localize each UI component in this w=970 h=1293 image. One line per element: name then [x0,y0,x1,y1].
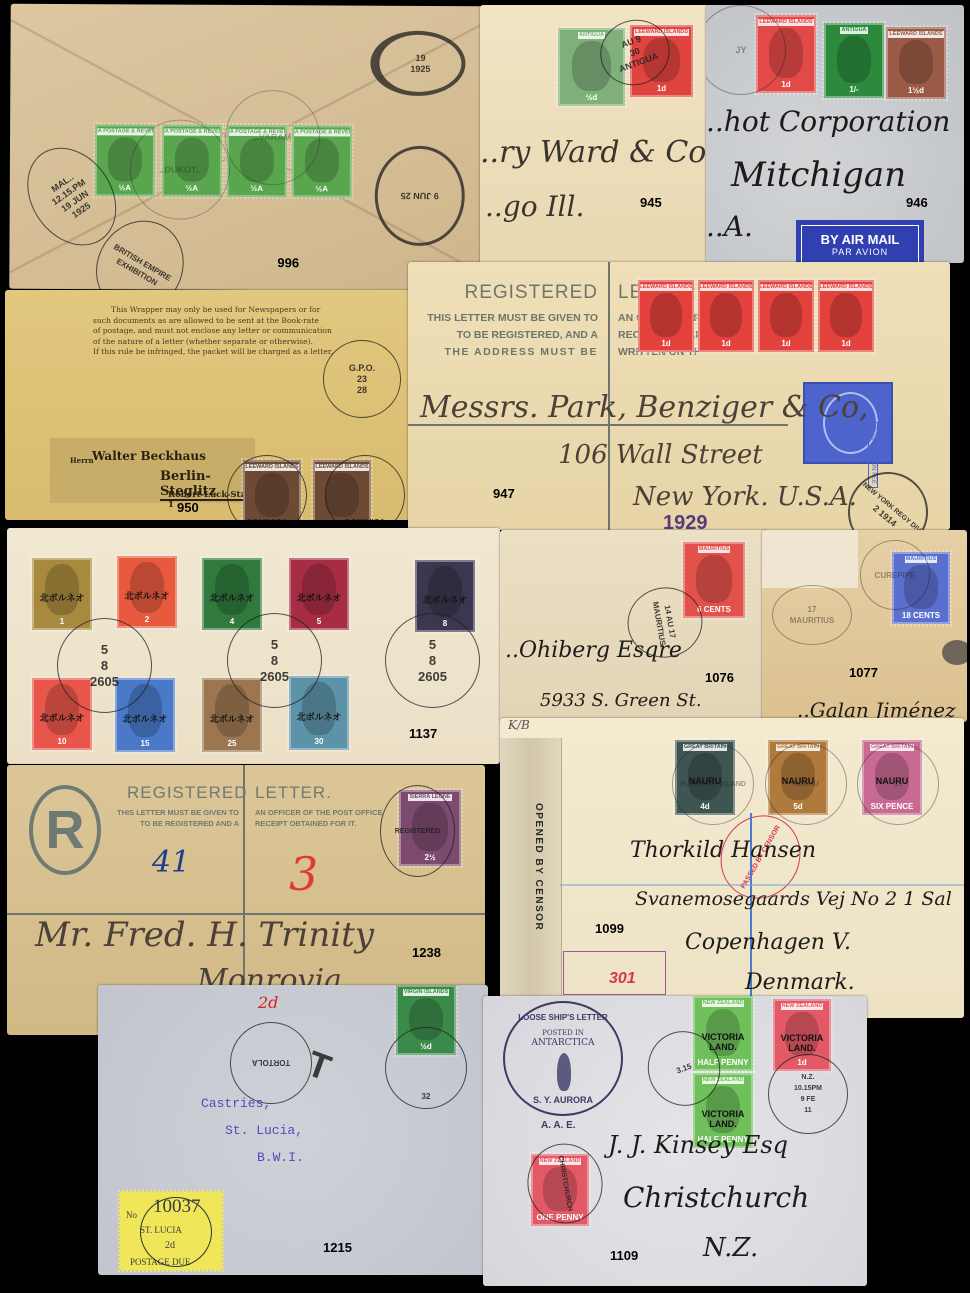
lot-number: 950 [177,500,199,515]
penguin-icon [557,1053,571,1091]
stamp-overprint: 北ボルネオ [119,591,175,601]
cover-1137: 1北ボルネオ2北ボルネオ4北ボルネオ5北ボルネオ8北ボルネオ10北ボルネオ15北… [7,528,500,764]
stamp-value: 10 [58,737,67,746]
stamp-overprint: 北ボルネオ [34,713,90,723]
cover-1215: 2d TORTOLA T VIRGIN ISLANDS½d 32 Castrie… [98,985,488,1275]
lot-number: 1099 [595,921,624,936]
stamp-value: 1d [841,339,850,348]
typed-address: Castries, St. Lucia, B.W.I. [201,1090,304,1171]
postage-due-label: 10037 No ST. LUCIA 2d POSTAGE DUE [120,1192,222,1270]
airmail-line2: PAR AVION [832,247,888,257]
postmark-brit-antarctic: N.Z.10.15PM9 FE11 [768,1054,848,1134]
cover-1076: MAURITIUS6 CENTS 14 AU 17MAURITIUS ..Ohi… [500,530,768,722]
address-line: New York. U.S.A. [633,482,857,512]
wrapper-notice: This Wrapper may only be used for Newspa… [93,305,338,358]
form-left-text: THIS LETTER MUST BE GIVEN TO TO BE REGIS… [117,807,239,829]
cover-950: This Wrapper may only be used for Newspa… [5,290,410,520]
stamp-overprint: 北ボルネオ [204,714,260,724]
stamp-country: ANTIGUA [840,27,867,34]
registration-label: 301 [563,951,666,995]
lot-number: 996 [277,255,299,270]
registration-line [560,884,964,886]
lot-number: 947 [493,486,515,501]
postmark-nauru: PLEASANT ISLAND [672,743,754,825]
stamp: LEEWARD ISLANDS1d [638,280,694,352]
king-portrait-icon [770,293,802,337]
address-line: Denmark. [745,970,855,995]
lot-number: 1137 [409,726,437,741]
address-line: ..ry Ward & Co [480,135,706,170]
postmark-jun25: 9 JUN 25 [374,146,465,246]
postmark-roadtown: 32 [385,1027,467,1109]
airmail-line1: BY AIR MAIL [821,232,900,247]
form-title-left: REGISTERED [127,783,248,803]
stamp-overprint: 北ボルネオ [117,714,173,724]
stamp: LEEWARD ISLANDS1½d [886,27,946,99]
postmark-curepipe: 17MAURITIUS [772,585,852,645]
stamp-value: ½A [251,184,264,193]
king-portrait-icon [696,555,732,603]
address-line: 5933 S. Green St. [540,690,702,711]
postmark-registered: REGISTERED [380,785,455,877]
lot-number: 945 [640,195,662,210]
king-portrait-icon [215,564,250,615]
form-title-right: LETTER. [255,783,332,803]
postmark-nauru: 15 [857,743,939,825]
postmark-kuching: 582605 [227,613,322,708]
stamp-value: 1/- [849,85,858,94]
stamp-value: 30 [315,737,324,746]
king-portrait-icon [837,36,872,83]
king-portrait-icon [428,566,463,617]
king-portrait-icon [45,564,80,615]
stamp-overprint: 北ボルネオ [417,595,473,605]
red-mark: 2d [258,993,278,1012]
censor-label: OPENED BY CENSOR [500,738,562,998]
window-patch [762,530,858,588]
cover-946: LEEWARD ISLANDS1dANTIGUA1/-LEEWARD ISLAN… [706,5,964,263]
blue-number: 41 [152,845,190,880]
stamp-country: LEEWARD ISLANDS [888,31,943,38]
stamp: 2北ボルネオ [117,556,177,628]
lot-number: 1238 [412,945,441,960]
king-portrait-icon [899,40,934,84]
address-label: Herrn Walter Beckhaus Berlin-Steglitz Ro… [50,438,255,503]
lot-number: 1109 [610,1248,638,1263]
address-line: Messrs. Park, Benziger & Co, [420,390,869,425]
address-line: Copenhagen V. [685,930,851,955]
stamp-value: ½A [316,184,329,193]
cover-996: INDIA POSTAGE & REVENUE½AINDIA POSTAGE &… [9,4,485,291]
king-portrait-icon [710,293,742,337]
stamp-value: 5 [317,617,321,626]
stamp-country: NEW ZEALAND [781,1003,824,1010]
stamp-value: 25 [228,739,237,748]
stamp-overprint: 北ボルネオ [291,593,347,603]
stamp-overprint: 北ボルネオ [291,712,347,722]
stamp-country: NEW ZEALAND [702,1000,745,1007]
stamp-value: ½A [119,183,132,192]
stamp-value: ½d [586,93,598,102]
airmail-label: BY AIR MAIL PAR AVION [796,220,924,263]
stamp-value: 1d [721,339,730,348]
postmark-dominica: G.P.O.2328 [323,340,401,418]
stamp: LEEWARD ISLANDS1d [758,280,814,352]
postmark-nauru: NAURU [765,743,847,825]
stamp-value: 1d [781,80,790,89]
king-portrait-icon [650,293,682,337]
stamp-country: VIRGIN ISLANDS [403,989,450,996]
stamp-value: 6 CENTS [697,605,731,614]
stamp-value: 1d [781,339,790,348]
cover-945: ANTIGUA½dLEEWARD ISLANDS1d AU 930ANTIGUA… [480,5,710,265]
stamp: LEEWARD ISLANDS1d [818,280,874,352]
registered-r-mark: R [29,785,101,875]
stamp-country: LEEWARD ISLANDS [698,284,753,291]
form-left-text: THIS LETTER MUST BE GIVEN TO TO BE REGIS… [427,310,598,361]
address-line: ..A. [706,210,753,243]
address-line: N.Z. [703,1233,758,1263]
cachet-footer: A. A. E. [541,1120,576,1131]
ships-letter-cachet: LOOSE SHIP'S LETTER POSTED IN ANTARCTICA… [503,1001,623,1116]
cover-1099: OPENED BY CENSOR K/B GREAT BRITAIN4dNAUR… [500,718,964,1018]
stamp-value: 2 [145,615,149,624]
stamp-overprint: 北ボルネオ [204,593,260,603]
stamp: LEEWARD ISLANDS1d [698,280,754,352]
stamp-value: 1d [661,339,670,348]
stamp-value: 1d [657,84,666,93]
postmark-curepipe: CUREPIPE [860,540,930,610]
stamp-value: 15 [141,739,150,748]
address-line: ..Ohiberg Esqre [505,638,682,663]
address-line: Mitchigan [731,155,906,195]
postmark-dukot: ..DUKOT.. [130,119,231,220]
address-line: Thorkild Hansen [630,838,816,863]
lot-number: 1077 [849,665,878,680]
stamp-value: 4 [230,617,234,626]
address-line: Mr. Fred. H. Trinity [35,915,374,955]
stamp-value: 1 [60,617,64,626]
stamp: ANTIGUA1/- [824,23,884,98]
cover-1077: MAURITIUS18 CENTS 17MAURITIUS CUREPIPE 1… [762,530,967,722]
lot-number: 1215 [323,1240,352,1255]
year-mark: 1929 [663,512,708,530]
cover-1109: LOOSE SHIP'S LETTER POSTED IN ANTARCTICA… [483,996,867,1286]
postmark-1925: 191925 [370,31,465,96]
stain [942,640,967,665]
address-line: ..hot Corporation [706,105,950,138]
stamp-value: 18 CENTS [902,611,940,620]
postmark-dominica: DOMINICA [325,455,405,520]
stamp-overprint: VICTORIA LAND. [775,1033,829,1053]
stamp: 1北ボルネオ [32,558,92,630]
king-portrait-icon [130,562,165,613]
stamp-country: LEEWARD ISLANDS [638,284,693,291]
address-line: ..go Ill. [485,190,584,223]
postmark [140,1197,212,1267]
address-line: Christchurch [623,1181,809,1214]
stamp-country: ANTIGUA [578,32,605,39]
red-number: 3 [289,847,318,901]
king-portrait-icon [830,293,862,337]
stamp-country: LEEWARD ISLANDS [818,284,873,291]
address-line: Svanemosegaards Vej No 2 1 Sal [635,888,952,910]
postmark-kuching: 582605 [57,618,152,713]
cover-947: REGISTERED LETTER. THIS LETTER MUST BE G… [408,262,950,530]
pencil-note: K/B [508,718,530,732]
stamp-overprint: 北ボルネオ [34,593,90,603]
address-line: J. J. Kinsey Esq [608,1131,788,1159]
lot-number: 946 [906,195,928,210]
address-line: 106 Wall Street [558,440,763,470]
stamp-country: MAURITIUS [698,546,731,553]
stamp-country: LEEWARD ISLANDS [758,284,813,291]
stamp-overprint: VICTORIA LAND. [695,1109,751,1129]
form-title-left: REGISTERED [464,282,598,304]
lot-number: 1076 [705,670,734,685]
postmark-varam: ..VARAM [225,90,320,185]
form-right-text: AN OFFICER OF THE POST OFFICE RECEIPT OB… [255,807,383,829]
king-portrait-icon [302,564,337,615]
stamp-value: 1½d [908,86,924,95]
postmark-kuching: 582605 [385,613,480,708]
